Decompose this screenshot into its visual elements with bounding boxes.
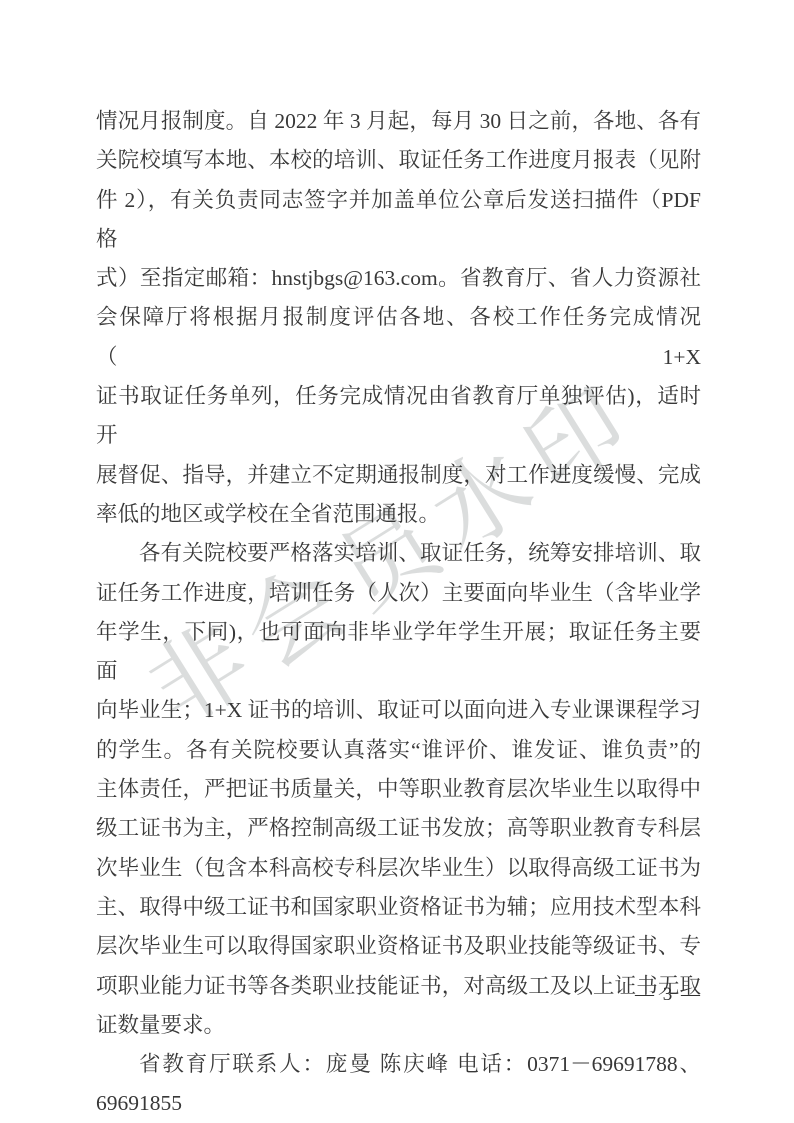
document-page: 非会员水印 情况月报制度。自 2022 年 3 月起，每月 30 日之前，各地、… [0, 0, 794, 1123]
text-line: 展督促、指导，并建立不定期通报制度，对工作进度缓慢、完成 [96, 456, 701, 495]
text-line: 项职业能力证书等各类职业技能证书，对高级工及以上证书无取 [96, 967, 701, 1006]
page-number: — 3 — [635, 984, 702, 1006]
text-line: 证数量要求。 [96, 1006, 701, 1045]
text-line: 级工证书为主，严格控制高级工证书发放；高等职业教育专科层 [96, 809, 701, 848]
text-line: 69691855 [96, 1084, 701, 1123]
text-line: 主、取得中级工证书和国家职业资格证书为辅；应用技术型本科 [96, 888, 701, 927]
text-line: 次毕业生（包含本科高校专科层次毕业生）以取得高级工证书为 [96, 849, 701, 888]
text-line: 情况月报制度。自 2022 年 3 月起，每月 30 日之前，各地、各有 [96, 102, 701, 141]
text-line: 主体责任，严把证书质量关，中等职业教育层次毕业生以取得中 [96, 770, 701, 809]
text-line: 的学生。各有关院校要认真落实“谁评价、谁发证、谁负责”的 [96, 731, 701, 770]
text-line: 各有关院校要严格落实培训、取证任务，统筹安排培训、取 [96, 534, 701, 573]
text-line: 向毕业生；1+X 证书的培训、取证可以面向进入专业课课程学习 [96, 691, 701, 730]
text-line: 件 2），有关负责同志签字并加盖单位公章后发送扫描件（PDF 格 [96, 181, 701, 260]
text-line: 率低的地区或学校在全省范围通报。 [96, 495, 701, 534]
text-line: 会保障厅将根据月报制度评估各地、各校工作任务完成情况（1+X [96, 298, 701, 377]
text-line: 式）至指定邮箱：hnstjbgs@163.com。省教育厅、省人力资源社 [96, 259, 701, 298]
text-line: 关院校填写本地、本校的培训、取证任务工作进度月报表（见附 [96, 141, 701, 180]
text-line: 证任务工作进度，培训任务（人次）主要面向毕业生（含毕业学 [96, 574, 701, 613]
text-line: 省教育厅联系人：庞曼 陈庆峰 电话：0371－69691788、 [96, 1045, 701, 1084]
text-line: 年学生，下同)，也可面向非毕业学年学生开展；取证任务主要面 [96, 613, 701, 692]
body-text: 情况月报制度。自 2022 年 3 月起，每月 30 日之前，各地、各有 关院校… [96, 102, 701, 1123]
text-line: 层次毕业生可以取得国家职业资格证书及职业技能等级证书、专 [96, 927, 701, 966]
text-line: 证书取证任务单列，任务完成情况由省教育厅单独评估)，适时开 [96, 377, 701, 456]
